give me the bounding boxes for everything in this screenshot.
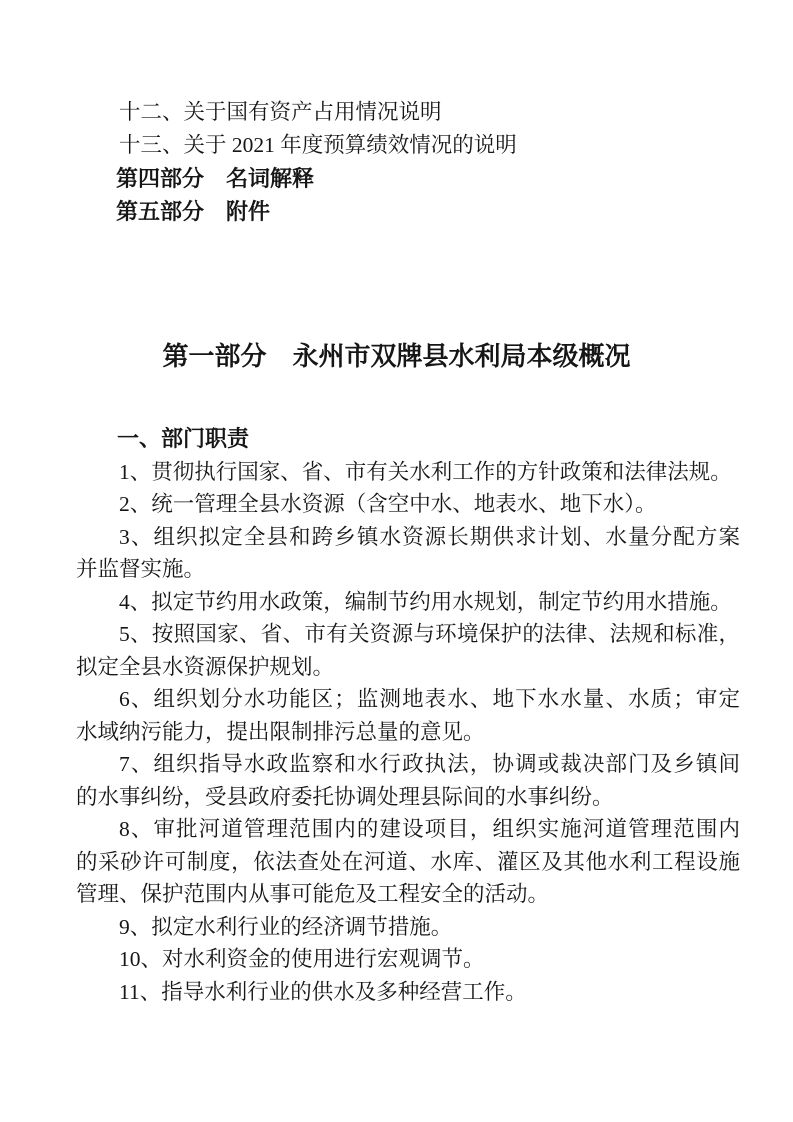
paragraph: 4、拟定节约用水政策，编制节约用水规划，制定节约用水措施。 bbox=[76, 586, 740, 619]
toc-line: 第五部分 附件 bbox=[76, 195, 740, 228]
toc-line: 十三、关于 2021 年度预算绩效情况的说明 bbox=[76, 129, 740, 162]
paragraph: 6、组织划分水功能区；监测地表水、地下水水量、水质；审定水域纳污能力，提出限制排… bbox=[76, 683, 740, 748]
paragraph: 1、贯彻执行国家、省、市有关水利工作的方针政策和法律法规。 bbox=[76, 456, 740, 489]
paragraph: 10、对水利资金的使用进行宏观调节。 bbox=[76, 943, 740, 976]
document-page: 十二、关于国有资产占用情况说明十三、关于 2021 年度预算绩效情况的说明第四部… bbox=[0, 0, 793, 1122]
paragraph: 5、按照国家、省、市有关资源与环境保护的法律、法规和标准，拟定全县水资源保护规划… bbox=[76, 618, 740, 683]
paragraph-line: 4、拟定节约用水政策，编制节约用水规划，制定节约用水措施。 bbox=[76, 586, 740, 619]
paragraph-line: 6、组织划分水功能区；监测地表水、地下水水量、水质；审定 bbox=[76, 683, 740, 716]
paragraph: 11、指导水利行业的供水及多种经营工作。 bbox=[76, 976, 740, 1009]
paragraph-line: 水域纳污能力，提出限制排污总量的意见。 bbox=[76, 716, 740, 749]
paragraph-line: 3、组织拟定全县和跨乡镇水资源长期供求计划、水量分配方案 bbox=[76, 521, 740, 554]
section-content: 一、部门职责 1、贯彻执行国家、省、市有关水利工作的方针政策和法律法规。2、统一… bbox=[76, 423, 740, 1008]
toc-line: 第四部分 名词解释 bbox=[76, 162, 740, 195]
toc-line: 十二、关于国有资产占用情况说明 bbox=[76, 96, 740, 129]
paragraph-line: 7、组织指导水政监察和水行政执法，协调或裁决部门及乡镇间 bbox=[76, 748, 740, 781]
paragraph: 2、统一管理全县水资源（含空中水、地表水、地下水）。 bbox=[76, 488, 740, 521]
paragraph-line: 管理、保护范围内从事可能危及工程安全的活动。 bbox=[76, 878, 740, 911]
paragraph-line: 8、审批河道管理范围内的建设项目，组织实施河道管理范围内 bbox=[76, 813, 740, 846]
paragraph-line: 1、贯彻执行国家、省、市有关水利工作的方针政策和法律法规。 bbox=[76, 456, 740, 489]
paragraph: 9、拟定水利行业的经济调节措施。 bbox=[76, 911, 740, 944]
paragraph: 7、组织指导水政监察和水行政执法，协调或裁决部门及乡镇间的水事纠纷，受县政府委托… bbox=[76, 748, 740, 813]
part-title: 第一部分 永州市双牌县水利局本级概况 bbox=[0, 335, 793, 378]
paragraph-line: 10、对水利资金的使用进行宏观调节。 bbox=[76, 943, 740, 976]
paragraph: 8、审批河道管理范围内的建设项目，组织实施河道管理范围内的采砂许可制度，依法查处… bbox=[76, 813, 740, 911]
duties-heading: 一、部门职责 bbox=[76, 423, 740, 456]
paragraph-line: 并监督实施。 bbox=[76, 553, 740, 586]
paragraph-line: 拟定全县水资源保护规划。 bbox=[76, 651, 740, 684]
toc-tail: 十二、关于国有资产占用情况说明十三、关于 2021 年度预算绩效情况的说明第四部… bbox=[76, 96, 740, 228]
paragraph-line: 9、拟定水利行业的经济调节措施。 bbox=[76, 911, 740, 944]
paragraph-line: 的采砂许可制度，依法查处在河道、水库、灌区及其他水利工程设施 bbox=[76, 846, 740, 879]
duties-paragraphs: 1、贯彻执行国家、省、市有关水利工作的方针政策和法律法规。2、统一管理全县水资源… bbox=[76, 456, 740, 1009]
paragraph: 3、组织拟定全县和跨乡镇水资源长期供求计划、水量分配方案并监督实施。 bbox=[76, 521, 740, 586]
paragraph-line: 的水事纠纷，受县政府委托协调处理县际间的水事纠纷。 bbox=[76, 781, 740, 814]
paragraph-line: 11、指导水利行业的供水及多种经营工作。 bbox=[76, 976, 740, 1009]
paragraph-line: 5、按照国家、省、市有关资源与环境保护的法律、法规和标准， bbox=[76, 618, 740, 651]
paragraph-line: 2、统一管理全县水资源（含空中水、地表水、地下水）。 bbox=[76, 488, 740, 521]
